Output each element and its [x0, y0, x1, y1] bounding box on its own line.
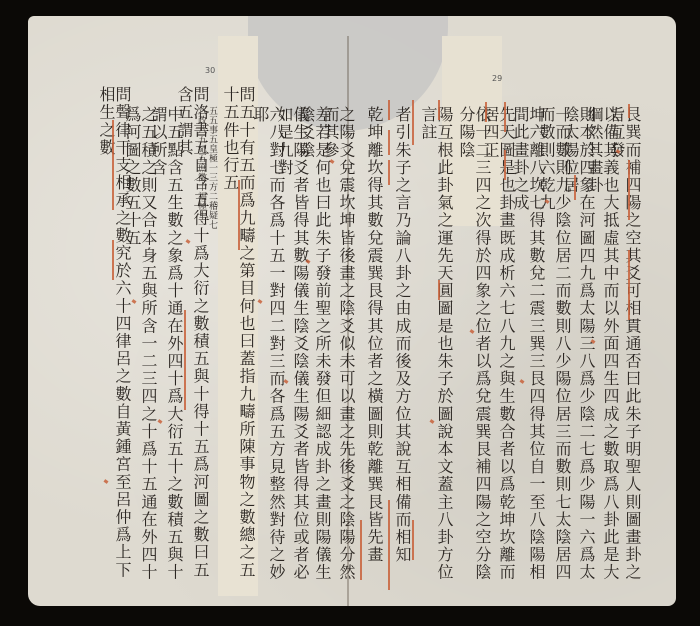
- red-rule: [628, 160, 630, 220]
- folio-number-right: 29: [492, 74, 502, 83]
- red-rule: [184, 310, 186, 410]
- text-column-right-7: 依一二三四之次得於四象之位者以爲兌震巽艮補四陽之空分陰分陽陰: [458, 106, 490, 596]
- red-rule: [485, 102, 487, 122]
- text-column-right-9: 者引朱子之言乃論八卦之由成而後及方位其說互相備而相知: [394, 106, 410, 596]
- red-rule: [574, 175, 576, 200]
- red-rule: [388, 130, 390, 155]
- red-rule: [412, 520, 414, 560]
- text-column-right-5: 坤六離八坎七得其數兌二震三巽三艮四得其位自一至八陰陽相間此畫卦之成: [512, 106, 544, 596]
- red-rule: [438, 100, 440, 120]
- red-rule: [628, 104, 630, 118]
- red-rule: [504, 102, 506, 132]
- text-column-left-9: 問聲律干支相承之數究於六十四律呂之數自黃鍾宮至呂仲爲上下相生之數: [98, 86, 130, 596]
- text-column-left-4: 六八對七而各爲十五一對四二對三而各爲五方見整然對待之妙耶: [252, 106, 284, 596]
- folio-number-left: 30: [205, 66, 215, 75]
- red-rule: [504, 150, 506, 180]
- text-column-right-10: 乾坤離坎得其數兌震巽艮得其位者之橫圖則乾離巽艮皆先畫: [366, 106, 382, 596]
- red-rule: [412, 100, 414, 145]
- red-rule: [388, 100, 390, 120]
- red-rule: [112, 240, 114, 280]
- red-rule: [628, 250, 630, 320]
- red-rule: [112, 120, 114, 210]
- red-rule: [388, 160, 390, 185]
- red-rule: [238, 180, 240, 250]
- red-rule: [438, 280, 440, 300]
- red-rule: [388, 500, 390, 590]
- text-column-right-8: 陽互根此卦氣之運先天圓圖是也朱子於圖說本文蓋主八卦方位言註: [420, 106, 452, 596]
- text-column-left-5: 問五十有五而爲九疇之第目何也曰蓋指九疇所陳事物之數總之五十五件也行五: [222, 86, 254, 596]
- red-rule: [360, 520, 362, 580]
